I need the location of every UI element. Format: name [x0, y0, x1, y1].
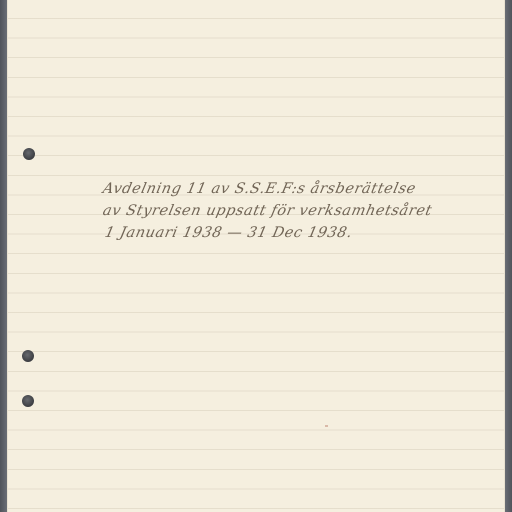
ruled-paper-page: Avdelning 11 av S.S.E.F:s årsberättelse … — [7, 0, 505, 512]
handwritten-line-1: Avdelning 11 av S.S.E.F:s årsberättelse — [101, 181, 417, 197]
paper-blemish — [325, 425, 328, 427]
handwritten-line-3: 1 Januari 1938 — 31 Dec 1938. — [103, 225, 354, 241]
punch-hole-bottom — [22, 395, 34, 407]
scan-background-left — [0, 0, 7, 512]
punch-hole-top — [23, 148, 35, 160]
handwritten-line-2: av Styrelsen uppsatt för verksamhetsåret — [101, 203, 433, 219]
punch-hole-middle — [22, 350, 34, 362]
scan-background-right — [505, 0, 512, 512]
